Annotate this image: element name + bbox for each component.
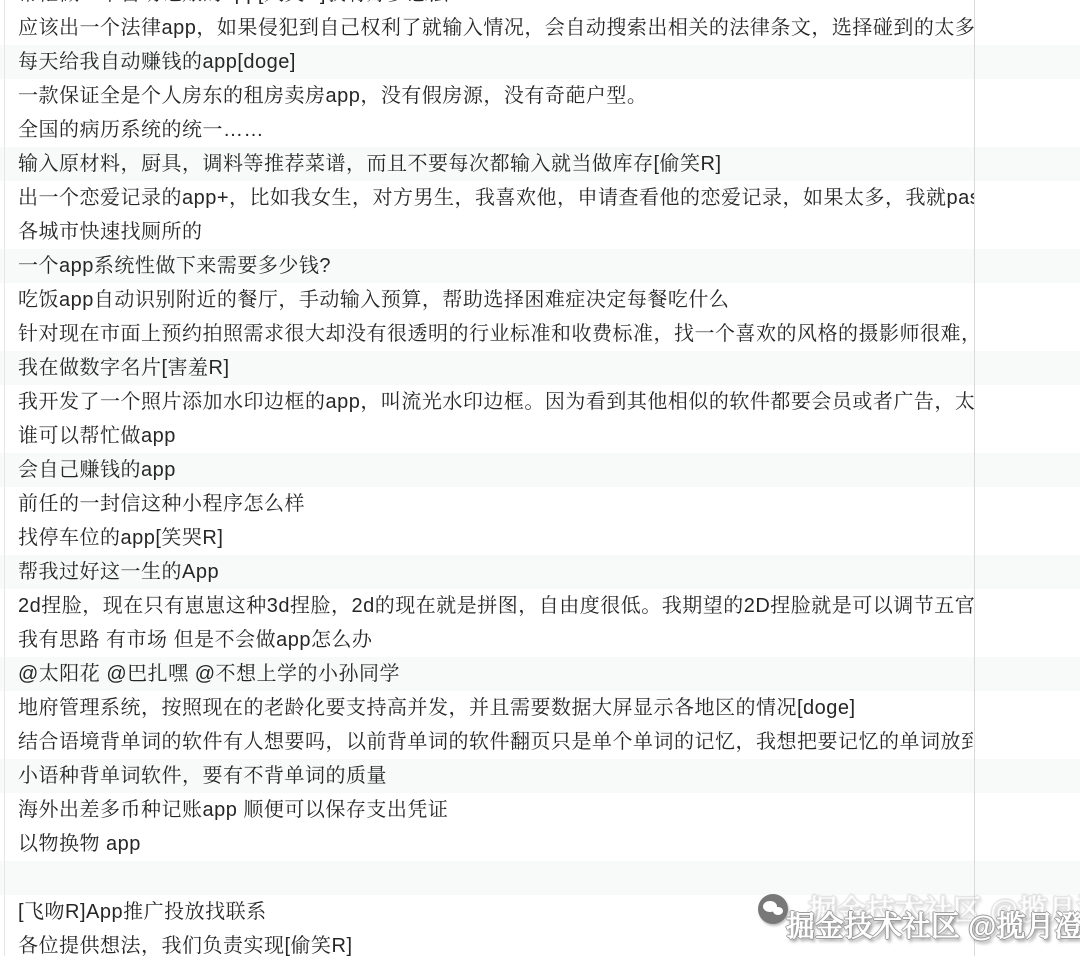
list-item: 帮忙做一个自动记账的app[大笑R]我有好多想法 bbox=[0, 0, 1080, 11]
left-edge-line bbox=[4, 0, 5, 956]
list-item-text: 全国的病历系统的统一…… bbox=[0, 113, 974, 147]
list-item-text: 出一个恋爱记录的app+，比如我女生，对方男生，我喜欢他，申请查看他的恋爱记录，… bbox=[0, 181, 974, 215]
list-item: 前任的一封信这种小程序怎么样 bbox=[0, 487, 1080, 521]
list-item: 应该出一个法律app，如果侵犯到自己权利了就输入情况，会自动搜索出相关的法律条文… bbox=[0, 11, 1080, 45]
list-item-text: [飞吻R]App推广投放找联系 bbox=[0, 895, 974, 929]
list-item-text: 我在做数字名片[害羞R] bbox=[0, 351, 974, 385]
list-item-text: 会自己赚钱的app bbox=[0, 453, 974, 487]
list-item bbox=[0, 861, 1080, 895]
list-item: 会自己赚钱的app bbox=[0, 453, 1080, 487]
list-item-text: 应该出一个法律app，如果侵犯到自己权利了就输入情况，会自动搜索出相关的法律条文… bbox=[0, 11, 974, 45]
list-item-text: 地府管理系统，按照现在的老龄化要支持高并发，并且需要数据大屏显示各地区的情况[d… bbox=[0, 691, 974, 725]
list-item: 我在做数字名片[害羞R] bbox=[0, 351, 1080, 385]
list-item: 地府管理系统，按照现在的老龄化要支持高并发，并且需要数据大屏显示各地区的情况[d… bbox=[0, 691, 1080, 725]
list-item-text: 帮忙做一个自动记账的app[大笑R]我有好多想法 bbox=[0, 0, 974, 11]
list-item-text: 结合语境背单词的软件有人想要吗，以前背单词的软件翻页只是单个单词的记忆，我想把要… bbox=[0, 725, 974, 759]
list-item-text: 输入原材料，厨具，调料等推荐菜谱，而且不要每次都输入就当做库存[偷笑R] bbox=[0, 147, 974, 181]
list-item: 谁可以帮忙做app bbox=[0, 419, 1080, 453]
list-item: 出一个恋爱记录的app+，比如我女生，对方男生，我喜欢他，申请查看他的恋爱记录，… bbox=[0, 181, 1080, 215]
list-item-text: 各位提供想法，我们负责实现[偷笑R] bbox=[0, 929, 974, 956]
list-item: 2d捏脸，现在只有崽崽这种3d捏脸，2d的现在就是拼图，自由度很低。我期望的2D… bbox=[0, 589, 1080, 623]
list-item-text: 我有思路 有市场 但是不会做app怎么办 bbox=[0, 623, 974, 657]
list-item-text: 一个app系统性做下来需要多少钱? bbox=[0, 249, 974, 283]
list-item-text: 找停车位的app[笑哭R] bbox=[0, 521, 974, 555]
list-item: 一款保证全是个人房东的租房卖房app，没有假房源，没有奇葩户型。 bbox=[0, 79, 1080, 113]
list-item: 针对现在市面上预约拍照需求很大却没有很透明的行业标准和收费标准，找一个喜欢的风格… bbox=[0, 317, 1080, 351]
list-item-text: 一款保证全是个人房东的租房卖房app，没有假房源，没有奇葩户型。 bbox=[0, 79, 974, 113]
list-item: 我开发了一个照片添加水印边框的app，叫流光水印边框。因为看到其他相似的软件都要… bbox=[0, 385, 1080, 419]
list-item-text: 针对现在市面上预约拍照需求很大却没有很透明的行业标准和收费标准，找一个喜欢的风格… bbox=[0, 317, 974, 351]
list-item: 我有思路 有市场 但是不会做app怎么办 bbox=[0, 623, 1080, 657]
screenshot-canvas: 帮忙做一个自动记账的app[大笑R]我有好多想法应该出一个法律app，如果侵犯到… bbox=[0, 0, 1080, 956]
list-item-text: 每天给我自动赚钱的app[doge] bbox=[0, 45, 974, 79]
list-item-text: @太阳花 @巴扎嘿 @不想上学的小孙同学 bbox=[0, 657, 974, 691]
list-item: 各城市快速找厕所的 bbox=[0, 215, 1080, 249]
list-item: [飞吻R]App推广投放找联系 bbox=[0, 895, 1080, 929]
list-item: 结合语境背单词的软件有人想要吗，以前背单词的软件翻页只是单个单词的记忆，我想把要… bbox=[0, 725, 1080, 759]
column-divider bbox=[974, 0, 975, 956]
list-item: 以物换物 app bbox=[0, 827, 1080, 861]
list-item-text: 谁可以帮忙做app bbox=[0, 419, 974, 453]
list-item: @太阳花 @巴扎嘿 @不想上学的小孙同学 bbox=[0, 657, 1080, 691]
list-item-text: 吃饭app自动识别附近的餐厅，手动输入预算，帮助选择困难症决定每餐吃什么 bbox=[0, 283, 974, 317]
list-item-text: 前任的一封信这种小程序怎么样 bbox=[0, 487, 974, 521]
list-item: 全国的病历系统的统一…… bbox=[0, 113, 1080, 147]
list-item-text: 帮我过好这一生的App bbox=[0, 555, 974, 589]
list-item: 输入原材料，厨具，调料等推荐菜谱，而且不要每次都输入就当做库存[偷笑R] bbox=[0, 147, 1080, 181]
list-item-text: 我开发了一个照片添加水印边框的app，叫流光水印边框。因为看到其他相似的软件都要… bbox=[0, 385, 974, 419]
list-item: 每天给我自动赚钱的app[doge] bbox=[0, 45, 1080, 79]
comment-list[interactable]: 帮忙做一个自动记账的app[大笑R]我有好多想法应该出一个法律app，如果侵犯到… bbox=[0, 0, 1080, 956]
list-item: 海外出差多币种记账app 顺便可以保存支出凭证 bbox=[0, 793, 1080, 827]
list-item: 帮我过好这一生的App bbox=[0, 555, 1080, 589]
list-item-text: 小语种背单词软件，要有不背单词的质量 bbox=[0, 759, 974, 793]
list-item-text: 2d捏脸，现在只有崽崽这种3d捏脸，2d的现在就是拼图，自由度很低。我期望的2D… bbox=[0, 589, 974, 623]
list-item: 吃饭app自动识别附近的餐厅，手动输入预算，帮助选择困难症决定每餐吃什么 bbox=[0, 283, 1080, 317]
list-item: 一个app系统性做下来需要多少钱? bbox=[0, 249, 1080, 283]
list-item-text: 各城市快速找厕所的 bbox=[0, 215, 974, 249]
list-item-text: 以物换物 app bbox=[0, 827, 974, 861]
list-item-text: 海外出差多币种记账app 顺便可以保存支出凭证 bbox=[0, 793, 974, 827]
list-item: 各位提供想法，我们负责实现[偷笑R] bbox=[0, 929, 1080, 956]
list-item: 小语种背单词软件，要有不背单词的质量 bbox=[0, 759, 1080, 793]
list-item: 找停车位的app[笑哭R] bbox=[0, 521, 1080, 555]
